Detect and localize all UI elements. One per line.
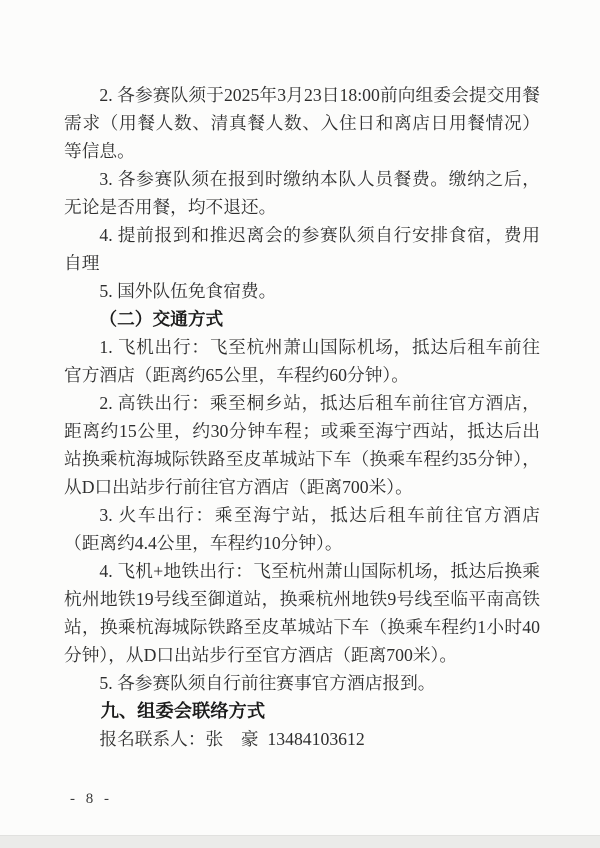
paragraph-meal-early-late: 4. 提前报到和推迟离会的参赛队须自行安排食宿，费用自理 xyxy=(64,221,540,277)
paragraph-meal-payment: 3. 各参赛队须在报到时缴纳本队人员餐费。缴纳之后，无论是否用餐，均不退还。 xyxy=(64,165,540,221)
heading-contact-section: 九、组委会联络方式 xyxy=(64,697,540,725)
page-number: - 8 - xyxy=(70,789,110,809)
document-body: 2. 各参赛队须于2025年3月23日18:00前向组委会提交用餐需求（用餐人数… xyxy=(0,0,600,753)
paragraph-transport-plane-metro: 4. 飞机+地铁出行：飞至杭州萧山国际机场，抵达后换乘杭州地铁19号线至御道站，… xyxy=(64,557,540,669)
paragraph-meal-foreign-teams: 5. 国外队伍免食宿费。 xyxy=(64,277,540,305)
paragraph-transport-checkin: 5. 各参赛队须自行前往赛事官方酒店报到。 xyxy=(64,669,540,697)
paragraph-transport-plane: 1. 飞机出行：飞至杭州萧山国际机场，抵达后租车前往官方酒店（距离约65公里，车… xyxy=(64,333,540,389)
paragraph-transport-highspeed-rail: 2. 高铁出行：乘至桐乡站，抵达后租车前往官方酒店，距离约15公里，约30分钟车… xyxy=(64,389,540,501)
paragraph-transport-train: 3. 火车出行：乘至海宁站，抵达后租车前往官方酒店（距离约4.4公里，车程约10… xyxy=(64,501,540,557)
document-page: 2. 各参赛队须于2025年3月23日18:00前向组委会提交用餐需求（用餐人数… xyxy=(0,0,600,848)
paragraph-meal-deadline: 2. 各参赛队须于2025年3月23日18:00前向组委会提交用餐需求（用餐人数… xyxy=(64,81,540,165)
contact-person-line: 报名联系人：张 豪 13484103612 xyxy=(64,725,540,753)
heading-transport-section: （二）交通方式 xyxy=(64,305,540,333)
scan-edge-strip xyxy=(0,835,600,848)
